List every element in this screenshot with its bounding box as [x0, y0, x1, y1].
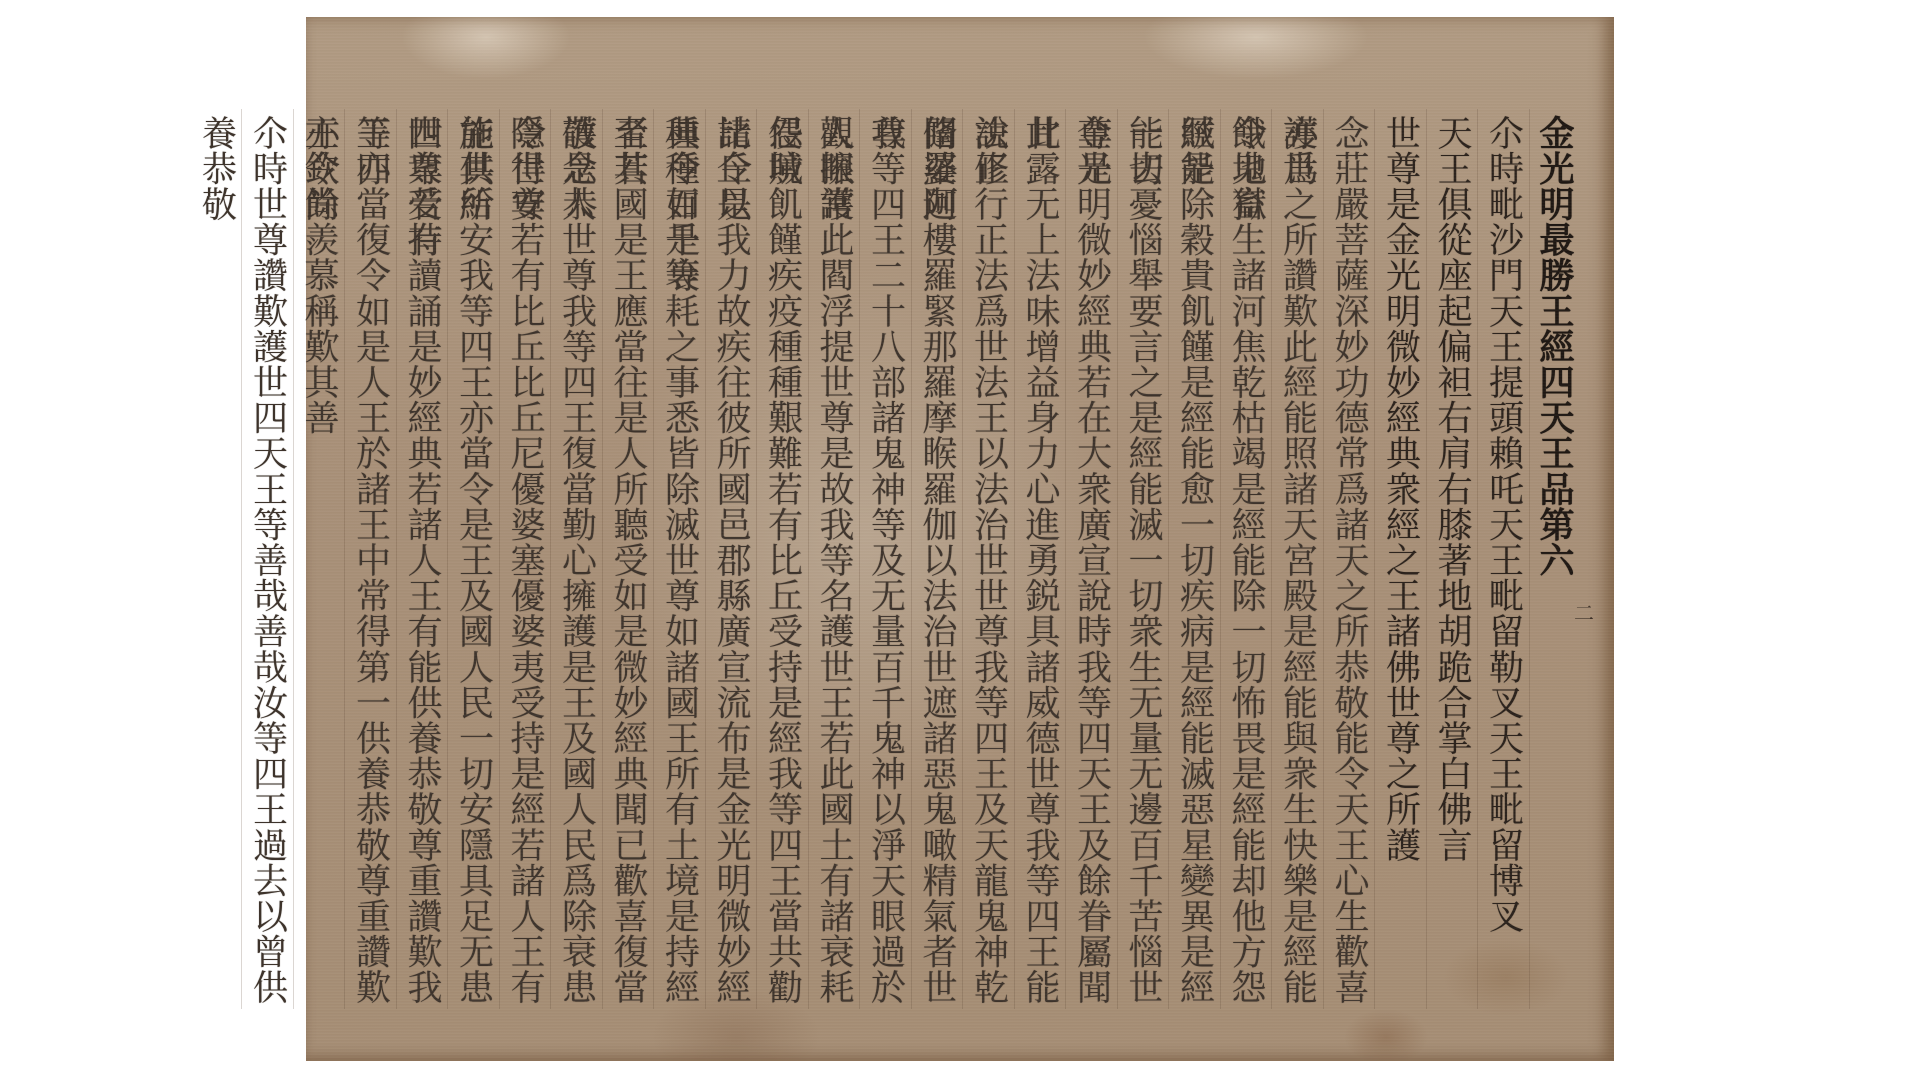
text-column: 施其所安我等四王亦當令是王及國人民一切安隱具足无患世尊若有	[447, 109, 499, 1009]
text-column: 金光明微妙經典若在大衆廣宣說時我等四天王及餘眷屬聞此	[1065, 109, 1117, 1009]
text-column: 敬是人世尊我等四王復當勤心擁護是王及國人民爲除衰患令得安	[550, 109, 602, 1009]
text-column: 世尊是金光明微妙經典衆經之王諸佛世尊之所護	[1374, 109, 1426, 1009]
sutra-title-column: 金光明最勝王經四天王品第六	[1529, 109, 1581, 1009]
text-column: 侵境飢饉疾疫種種艱難若有比丘受持是經我等四王當共勸請令是	[756, 109, 808, 1009]
text-column: 一切憂惱舉要言之是經能滅一切衆生无量无邊百千苦惱世尊是	[1117, 109, 1169, 1009]
text-column: 種種百千衰耗之事悉皆除滅世尊如諸國王所有土境是持經者若	[653, 109, 705, 1009]
text-column: 尒時世尊讚歎護世四天王等善哉善哉汝等四王過去以曾供養恭敬	[241, 109, 293, 1009]
text-column: 隱世尊若有比丘比丘尼優婆塞優婆夷受持是經若諸人王有能供給	[499, 109, 551, 1009]
text-column: 經能除穀貴飢饉是經能愈一切疾病是經能滅惡星變異是經能去	[1168, 109, 1220, 1009]
text-column: 觀擁護此閻浮提世尊是故我等名護世王若此國土有諸衰耗怨賊	[808, 109, 860, 1009]
text-column: 尒時毗沙門天王提頭賴吒天王毗留勒叉天王毗留博叉	[1477, 109, 1529, 1009]
text-column: 比丘以我力故疾往彼所國邑郡縣廣宣流布是金光明微妙經典令如是等	[705, 109, 757, 1009]
text-column: 餓鬼畜生諸河焦乾枯竭是經能除一切怖畏是經能却他方怨賊是	[1220, 109, 1272, 1009]
text-column: 脩羅迦樓羅緊那羅摩睺羅伽以法治世遮諸惡鬼噉精氣者世尊	[911, 109, 963, 1009]
text-column: 護世之所讚歎此經能照諸天宮殿是經能與衆生快樂是經能令地獄	[1271, 109, 1323, 1009]
manuscript-leaf: 二 金光明最勝王經四天王品第六 尒時毗沙門天王提頭賴吒天王毗留勒叉天王毗留博叉 …	[306, 17, 1614, 1061]
text-column: 甘露无上法味增益身力心進勇鋭具諸威德世尊我等四王能說正	[1014, 109, 1066, 1009]
text-column: 四衆受持讀誦是妙經典若諸人王有能供養恭敬尊重讚歎我等四	[396, 109, 448, 1009]
text-column: 王亦當復令如是人王於諸王中常得第一供養恭敬尊重讚歎亦令餘	[344, 109, 396, 1009]
text-column: 念莊嚴菩薩深妙功德常爲諸天之所恭敬能令天王心生歡喜亦爲	[1323, 109, 1375, 1009]
text-column: 天王俱從座起偏袒右肩右膝著地胡跪合掌白佛言	[1426, 109, 1478, 1009]
text-column: 至其國是王應當往是人所聽受如是微妙經典聞已歡喜復當護念恭	[602, 109, 654, 1009]
text-column: 法修行正法爲世法王以法治世世尊我等四王及天龍鬼神乾闥婆阿	[962, 109, 1014, 1009]
text-column: 王欽尚羨慕稱歎其善	[293, 109, 345, 1009]
text-column: 我等四王二十八部諸鬼神等及无量百千鬼神以淨天眼過於人眼常	[859, 109, 911, 1009]
text-columns: 金光明最勝王經四天王品第六 尒時毗沙門天王提頭賴吒天王毗留勒叉天王毗留博叉 天王…	[241, 109, 1580, 1009]
